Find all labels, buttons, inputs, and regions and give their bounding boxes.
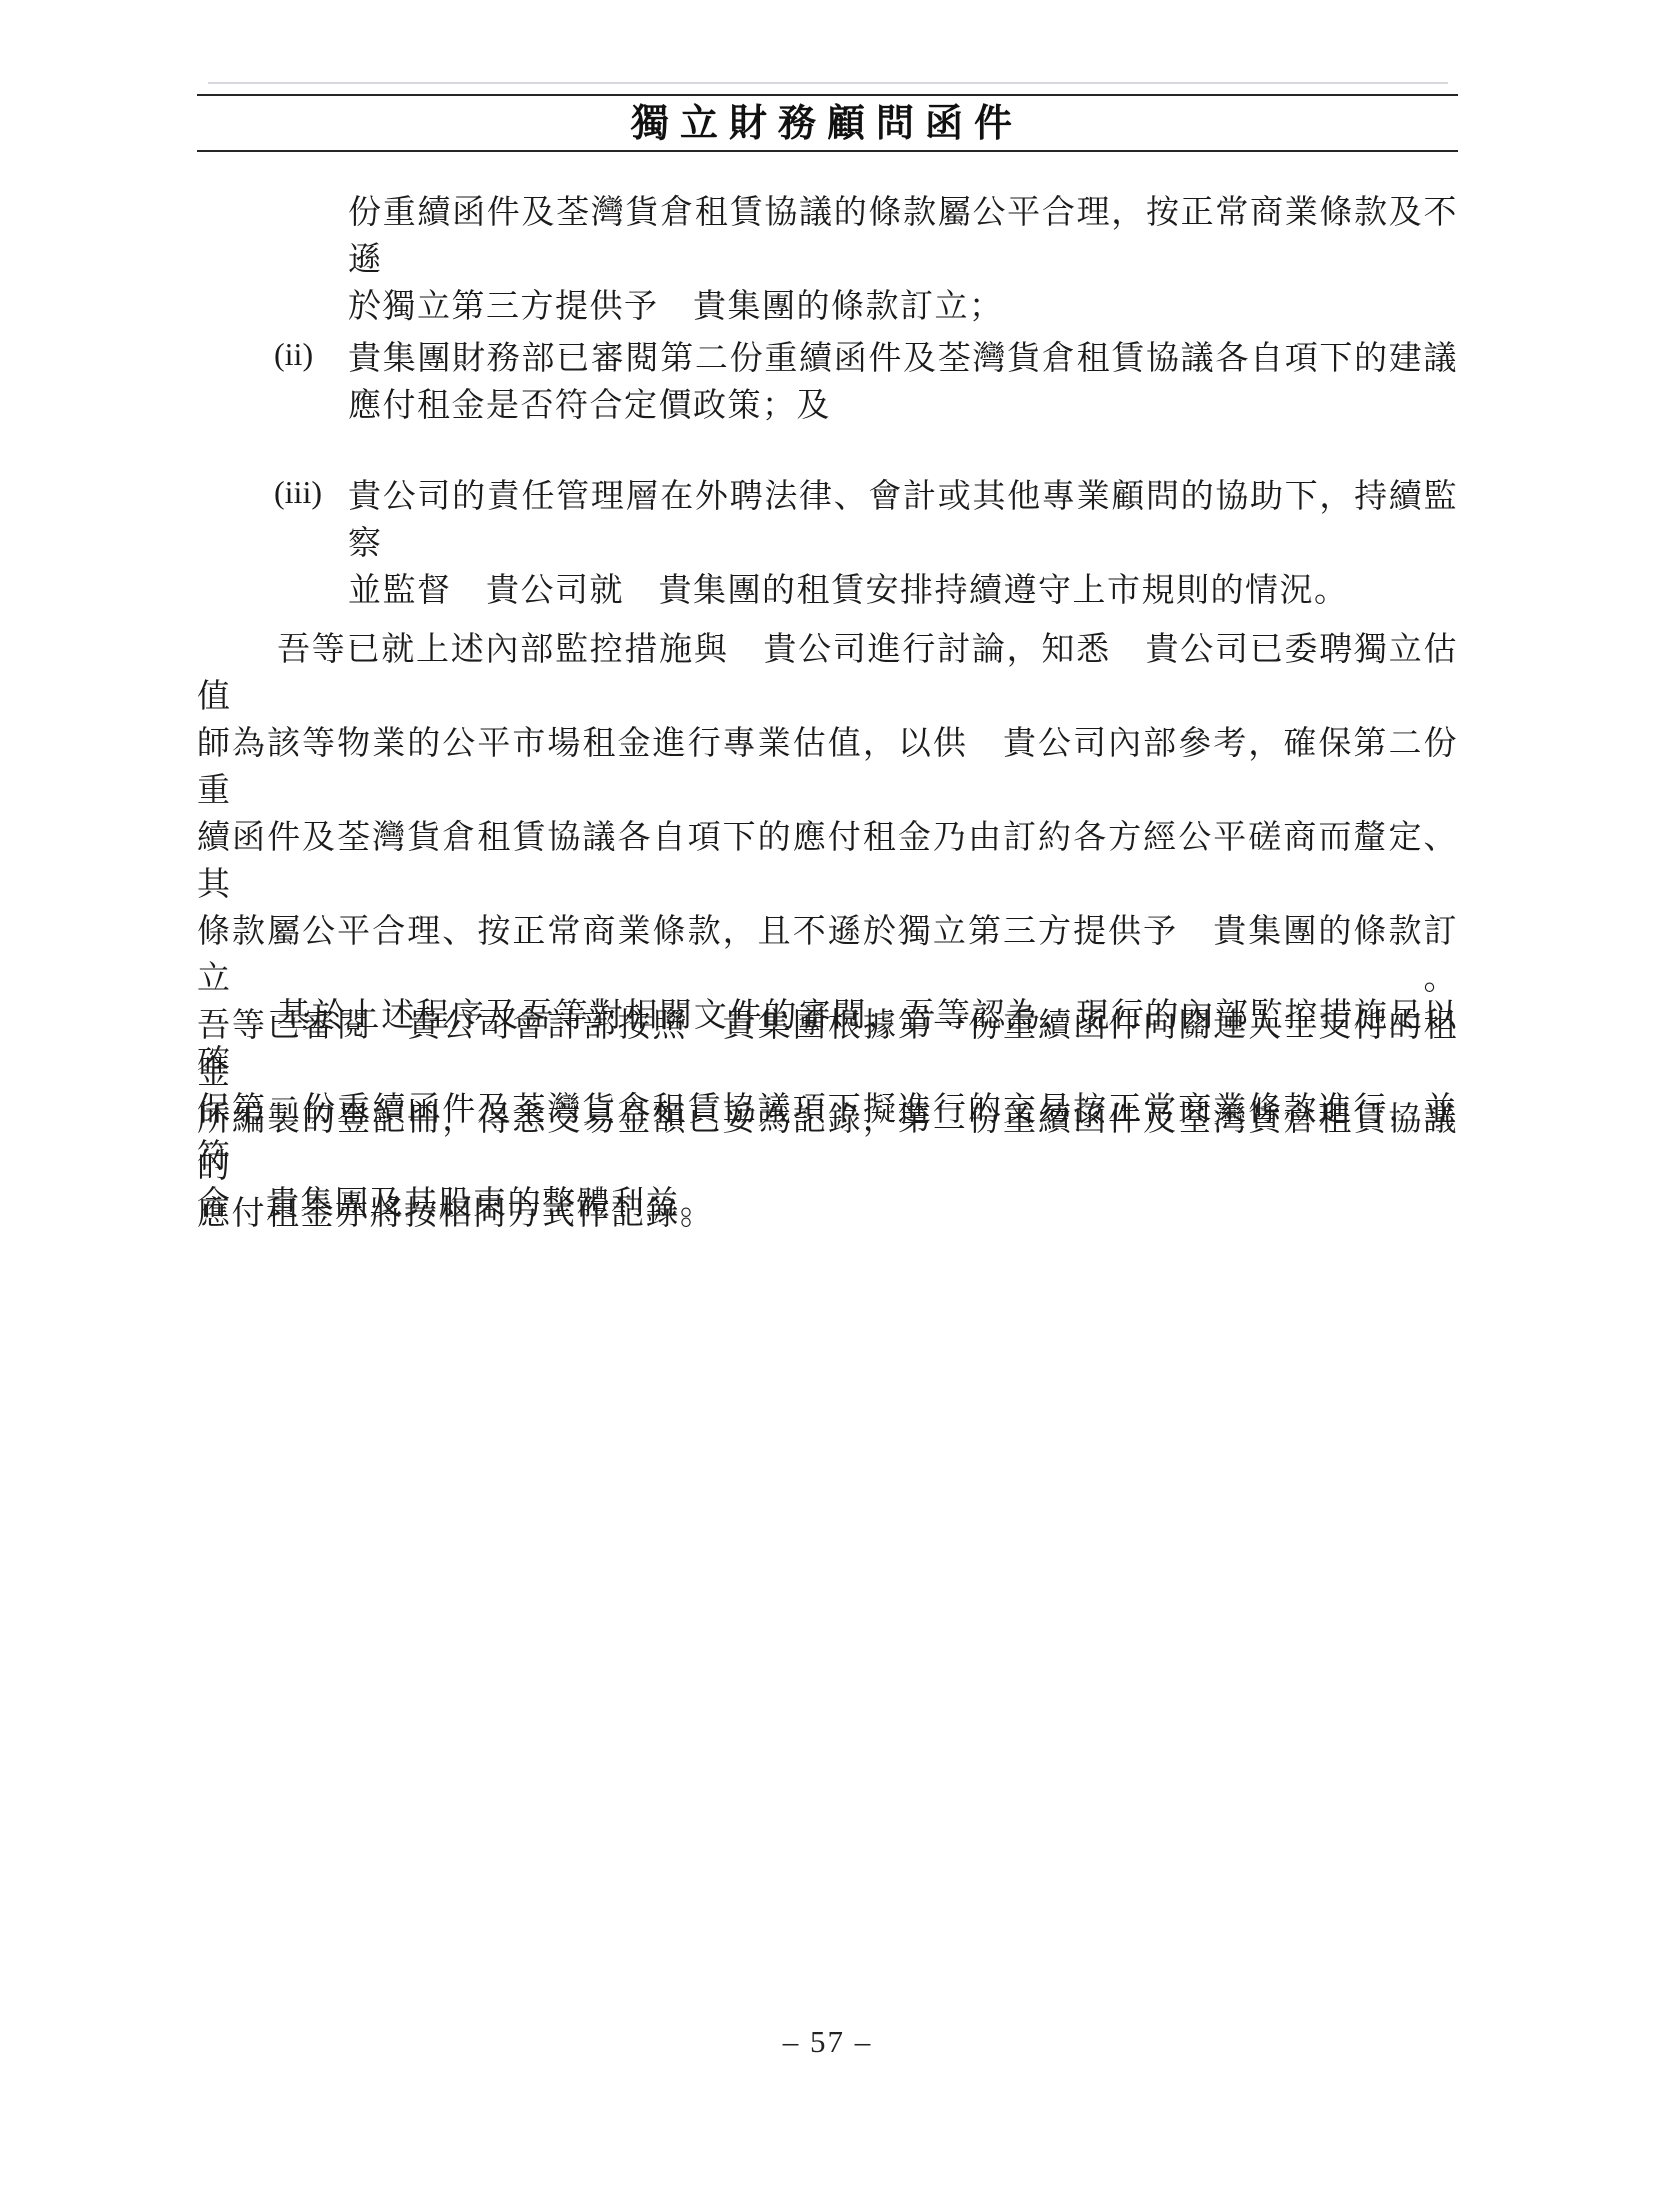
header-rule-bottom [197, 150, 1458, 152]
body-paragraph-2: 基於上述程序及吾等對相關文件的審閱，吾等認為，現行的內部監控措施足以確 保第二份… [197, 993, 1458, 1228]
paragraph-line: 並監督 貴公司就 貴集團的租賃安排持續遵守上市規則的情況。 [348, 568, 1458, 615]
paragraph-line: 保第二份重續函件及荃灣貨倉租賃協議項下擬進行的交易按正常商業條款進行，並符 [197, 1087, 1458, 1181]
document-page: 獨立財務顧問函件 份重續函件及荃灣貨倉租賃協議的條款屬公平合理，按正常商業條款及… [0, 0, 1654, 2205]
paragraph-line: 貴公司的責任管理層在外聘法律、會計或其他專業顧問的協助下，持續監察 [348, 474, 1458, 568]
paragraph-line: 基於上述程序及吾等對相關文件的審閱，吾等認為，現行的內部監控措施足以確 [197, 993, 1458, 1087]
paragraph-line: 應付租金是否符合定價政策；及 [348, 383, 1458, 430]
list-item-marker-iii: (iii) [274, 474, 344, 511]
item-i-continuation: 份重續函件及荃灣貨倉租賃協議的條款屬公平合理，按正常商業條款及不遜 於獨立第三方… [348, 190, 1458, 331]
page-number: – 57 – [197, 2024, 1458, 2060]
page-title: 獨立財務顧問函件 [0, 100, 1654, 148]
paragraph-line: 續函件及荃灣貨倉租賃協議各自項下的應付租金乃由訂約各方經公平磋商而釐定、其 [197, 815, 1458, 909]
paragraph-line: 份重續函件及荃灣貨倉租賃協議的條款屬公平合理，按正常商業條款及不遜 [348, 190, 1458, 284]
paragraph-line: 合 貴集團及其股東的整體利益。 [197, 1181, 1458, 1228]
paragraph-line: 貴集團財務部已審閱第二份重續函件及荃灣貨倉租賃協議各自項下的建議 [348, 336, 1458, 383]
paragraph-line: 條款屬公平合理、按正常商業條款，且不遜於獨立第三方提供予 貴集團的條款訂立。 [197, 909, 1458, 1003]
list-item-iii: 貴公司的責任管理層在外聘法律、會計或其他專業顧問的協助下，持續監察 並監督 貴公… [348, 474, 1458, 615]
list-item-ii: 貴集團財務部已審閱第二份重續函件及荃灣貨倉租賃協議各自項下的建議 應付租金是否符… [348, 336, 1458, 430]
paragraph-line: 吾等已就上述內部監控措施與 貴公司進行討論，知悉 貴公司已委聘獨立估值 [197, 627, 1458, 721]
paragraph-line: 於獨立第三方提供予 貴集團的條款訂立； [348, 284, 1458, 331]
paragraph-line: 師為該等物業的公平市場租金進行專業估值，以供 貴公司內部參考，確保第二份重 [197, 721, 1458, 815]
header-rule-top [197, 94, 1458, 96]
header-faint-rule [208, 82, 1448, 84]
list-item-marker-ii: (ii) [274, 336, 344, 373]
